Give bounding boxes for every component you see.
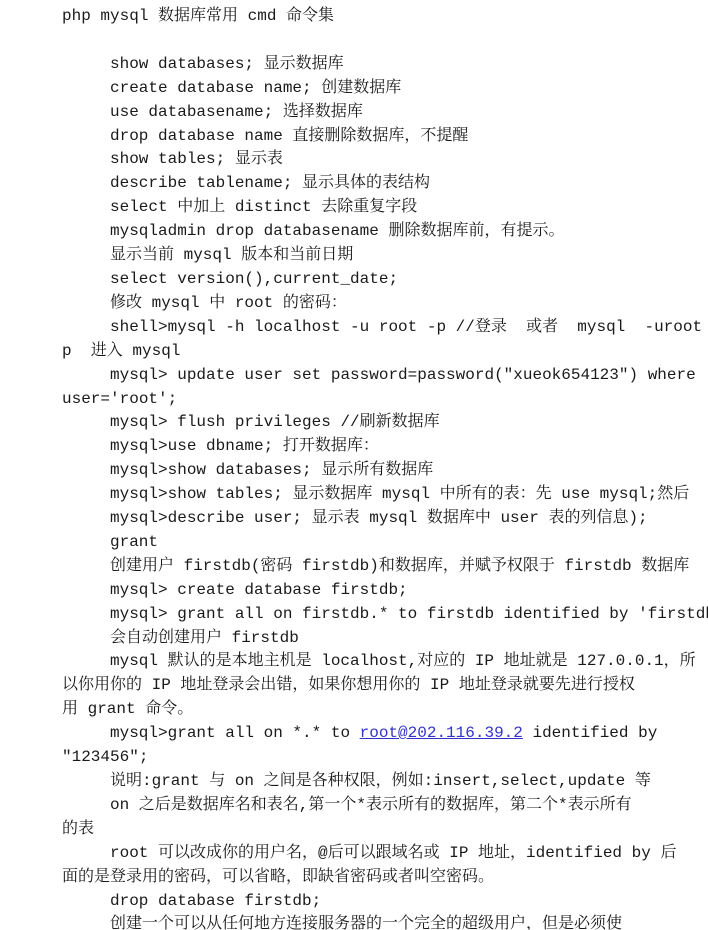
text-line: drop database firstdb;	[62, 890, 658, 914]
text-line: 创建用户 firstdb(密码 firstdb)和数据库，并赋予权限于 firs…	[62, 555, 658, 579]
text-line: mysql>show tables; 显示数据库 mysql 中所有的表：先 u…	[62, 483, 658, 507]
text-line: mysql 默认的是本地主机是 localhost,对应的 IP 地址就是 12…	[62, 650, 658, 674]
text-run: mysql>grant all on *.* to	[110, 724, 360, 742]
text-line: mysql>grant all on *.* to root@202.116.3…	[62, 722, 658, 746]
document-page: php mysql 数据库常用 cmd 命令集 show databases; …	[0, 0, 708, 930]
text-line: mysql> grant all on firstdb.* to firstdb…	[62, 603, 658, 627]
text-line: show tables; 显示表	[62, 148, 658, 172]
text-line: mysql> flush privileges //刷新数据库	[62, 411, 658, 435]
text-line: 面的是登录用的密码，可以省略，即缺省密码或者叫空密码。	[62, 866, 658, 890]
text-line: 以你用你的 IP 地址登录会出错，如果你想用你的 IP 地址登录就要先进行授权	[62, 674, 658, 698]
text-line: 会自动创建用户 firstdb	[62, 627, 658, 651]
text-line: 说明:grant 与 on 之间是各种权限，例如:insert,select,u…	[62, 770, 658, 794]
text-line: describe tablename; 显示具体的表结构	[62, 172, 658, 196]
text-line	[62, 29, 658, 53]
text-line: 修改 mysql 中 root 的密码：	[62, 292, 658, 316]
text-line: mysql> create database firstdb;	[62, 579, 658, 603]
text-run: identified by	[523, 724, 657, 742]
text-line: 显示当前 mysql 版本和当前日期	[62, 244, 658, 268]
text-line: user='root';	[62, 388, 658, 412]
text-line: mysqladmin drop databasename 删除数据库前，有提示。	[62, 220, 658, 244]
text-line: 创建一个可以从任何地方连接服务器的一个完全的超级用户，但是必须使	[62, 913, 658, 930]
text-line: mysql>show databases; 显示所有数据库	[62, 459, 658, 483]
text-line: 的表	[62, 818, 658, 842]
text-line: 用 grant 命令。	[62, 698, 658, 722]
text-line: use databasename; 选择数据库	[62, 101, 658, 125]
text-line: shell>mysql -h localhost -u root -p //登录…	[62, 316, 658, 340]
text-line: show databases; 显示数据库	[62, 53, 658, 77]
text-line: on 之后是数据库名和表名,第一个*表示所有的数据库，第二个*表示所有	[62, 794, 658, 818]
document-title: php mysql 数据库常用 cmd 命令集	[62, 5, 658, 29]
text-line: p 进入 mysql	[62, 340, 658, 364]
text-line: mysql> update user set password=password…	[62, 364, 658, 388]
text-line: select version(),current_date;	[62, 268, 658, 292]
text-line: mysql>describe user; 显示表 mysql 数据库中 user…	[62, 507, 658, 531]
text-line: mysql>use dbname; 打开数据库：	[62, 435, 658, 459]
text-line: select 中加上 distinct 去除重复字段	[62, 196, 658, 220]
ip-address-link[interactable]: root@202.116.39.2	[360, 724, 523, 742]
text-line: drop database name 直接删除数据库，不提醒	[62, 125, 658, 149]
text-line: "123456";	[62, 746, 658, 770]
text-line: grant	[62, 531, 658, 555]
text-line: create database name; 创建数据库	[62, 77, 658, 101]
text-line: root 可以改成你的用户名，@后可以跟域名或 IP 地址，identified…	[62, 842, 658, 866]
